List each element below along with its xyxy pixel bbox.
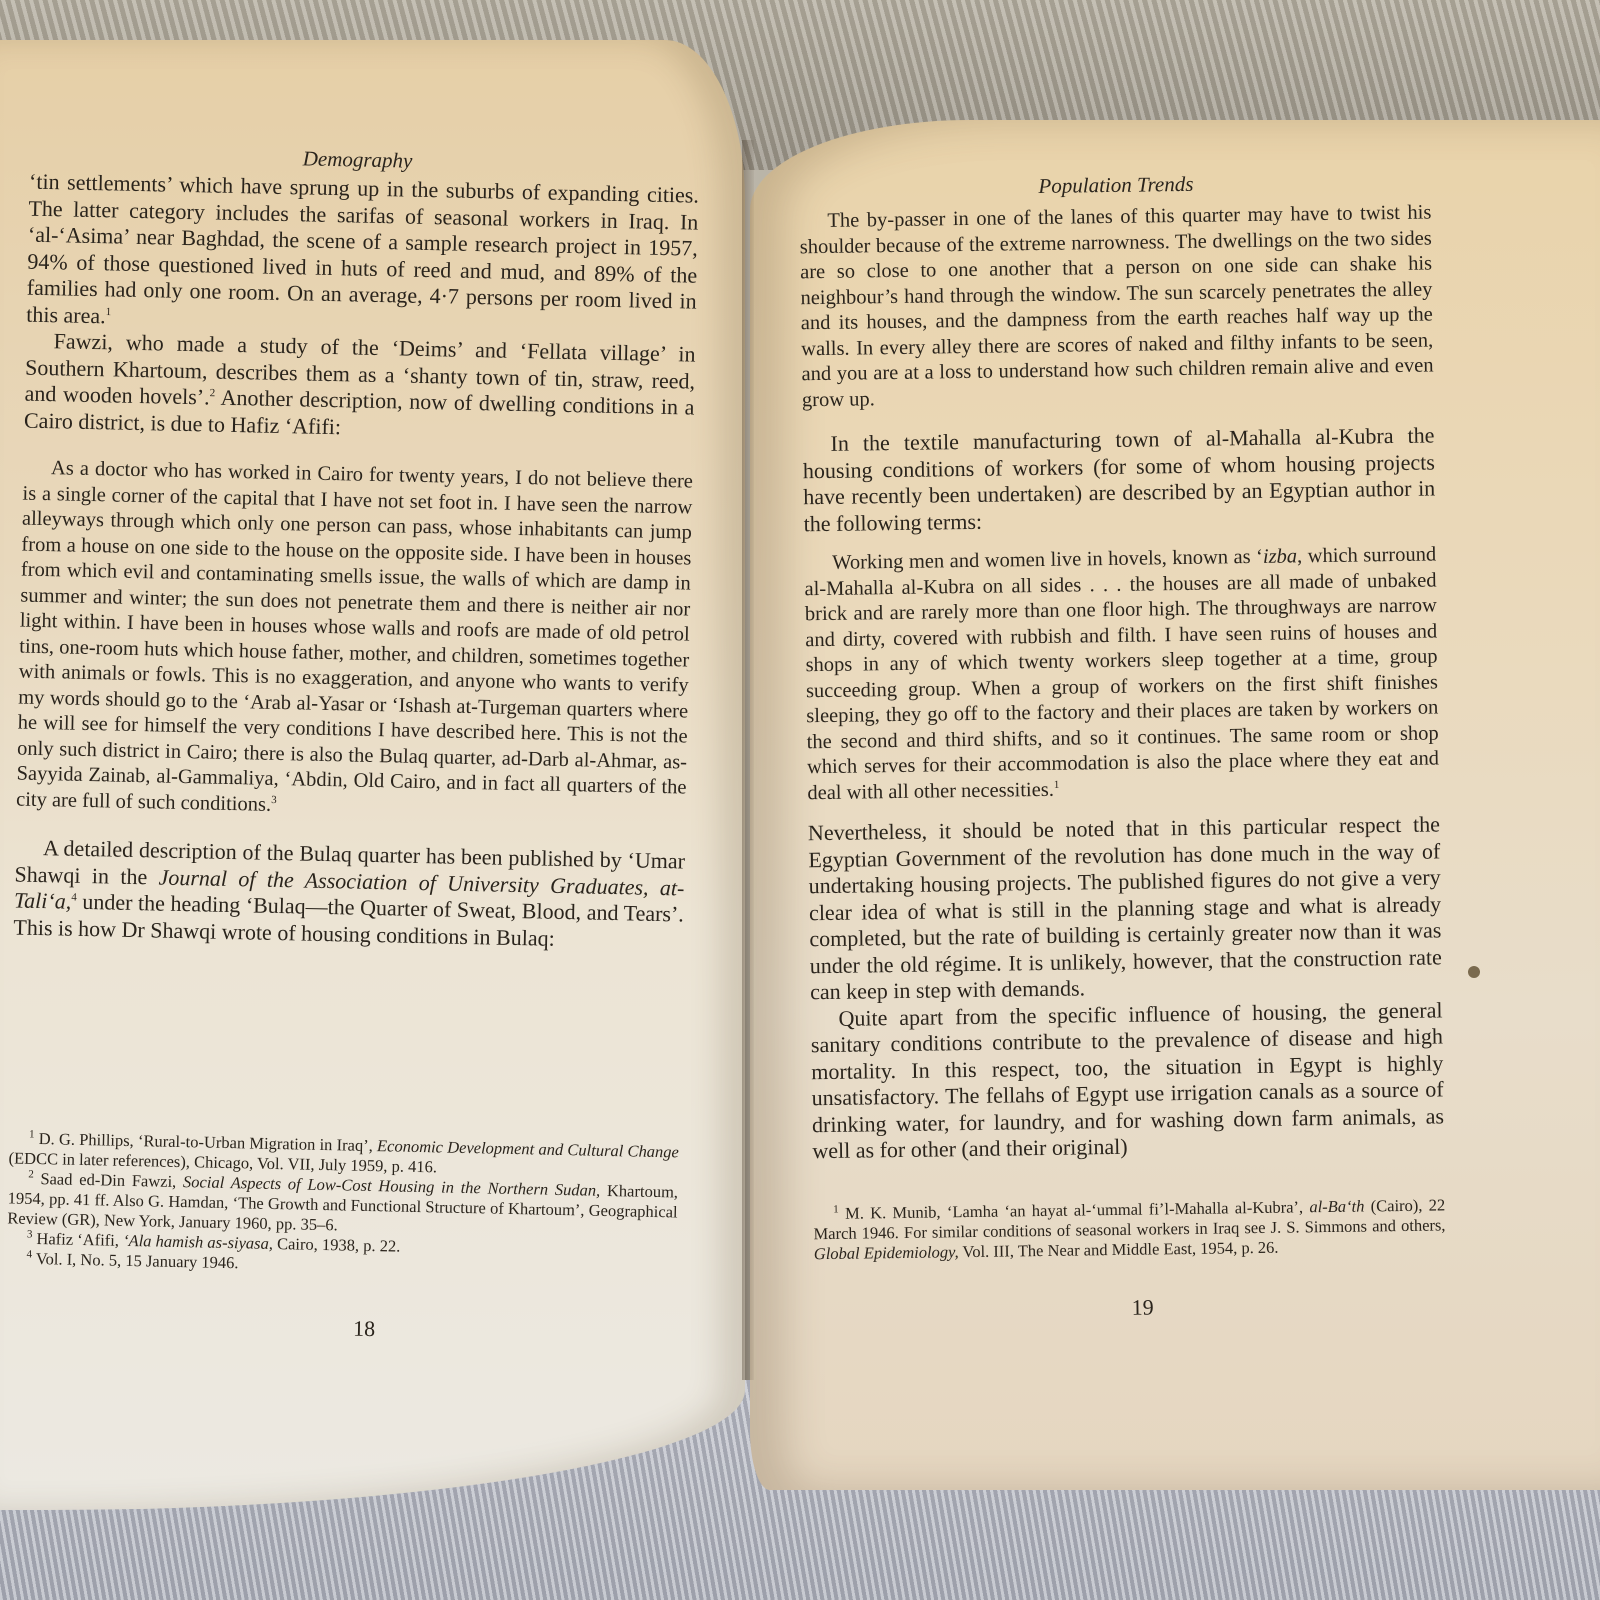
page-number-left: 18 <box>353 1316 376 1342</box>
right-block-quote-2: Working men and women live in hovels, kn… <box>804 542 1439 806</box>
left-page: Demography ‘tin settlements’ which have … <box>0 40 745 1510</box>
right-quote-2-text-b: , which surround al-Mahalla al-Kubra on … <box>804 543 1439 803</box>
footnote-number: 2 <box>28 1168 34 1180</box>
left-block-quote: As a doctor who has worked in Cairo for … <box>16 456 693 827</box>
book-gutter <box>742 140 754 1380</box>
footnote-text: Cairo, 1938, p. 22. <box>273 1234 401 1256</box>
right-para-3: Quite apart from the specific influence … <box>810 997 1444 1165</box>
footnote-text: Vol. I, No. 5, 15 January 1946. <box>36 1249 239 1272</box>
left-quote-text: As a doctor who has worked in Cairo for … <box>16 457 693 815</box>
footnote-text: Hafiz ‘Afifi, <box>36 1229 123 1250</box>
right-block-quote-1: The by-passer in one of the lanes of thi… <box>799 200 1434 413</box>
left-para-3: A detailed description of the Bulaq quar… <box>13 834 685 954</box>
footnote-ref-3[interactable]: 3 <box>271 794 277 806</box>
footnote-1-right: 1 M. K. Munib, ‘Lamha ‘an hayat al-‘umma… <box>813 1195 1446 1264</box>
right-para-1: In the textile manufacturing town of al-… <box>802 422 1435 537</box>
right-quote-2-text-a: Working men and women live in hovels, kn… <box>832 546 1263 574</box>
footnote-ref-1[interactable]: 1 <box>106 305 112 317</box>
left-para-1-text: ‘tin settlements’ which have sprung up i… <box>26 169 699 328</box>
left-para-2: Fawzi, who made a study of the ‘Deims’ a… <box>24 328 696 448</box>
footnote-italic: al-Ba‘th <box>1309 1197 1364 1217</box>
right-page: Population Trends The by-passer in one o… <box>750 120 1600 1490</box>
running-head-right: Population Trends <box>1001 171 1231 199</box>
paper-spot <box>1468 966 1480 978</box>
left-body: ‘tin settlements’ which have sprung up i… <box>13 169 699 955</box>
footnote-number: 3 <box>27 1228 33 1240</box>
right-para-2: Nevertheless, it should be noted that in… <box>808 811 1443 1005</box>
footnote-number: 4 <box>26 1248 32 1260</box>
footnote-italic: Global Epidemiology, <box>814 1242 959 1263</box>
left-footnotes: 1 D. G. Phillips, ‘Rural-to-Urban Migrat… <box>6 1128 679 1282</box>
right-body: The by-passer in one of the lanes of thi… <box>799 200 1444 1164</box>
footnote-number: 1 <box>833 1203 839 1215</box>
page-number-right: 19 <box>1131 1294 1153 1320</box>
footnote-text: Vol. III, The Near and Middle East, 1954… <box>959 1238 1279 1261</box>
footnote-number: 1 <box>29 1128 35 1140</box>
left-para-1: ‘tin settlements’ which have sprung up i… <box>26 169 699 342</box>
footnote-italic: ‘Ala hamish as-siyasa, <box>123 1231 273 1253</box>
footnote-ref-1-right[interactable]: 1 <box>1054 778 1060 790</box>
izba-term: izba <box>1263 545 1297 567</box>
footnote-text: Saad ed-Din Fawzi, <box>40 1169 183 1191</box>
running-head-left: Demography <box>247 145 467 175</box>
right-footnotes: 1 M. K. Munib, ‘Lamha ‘an hayat al-‘umma… <box>813 1195 1446 1264</box>
